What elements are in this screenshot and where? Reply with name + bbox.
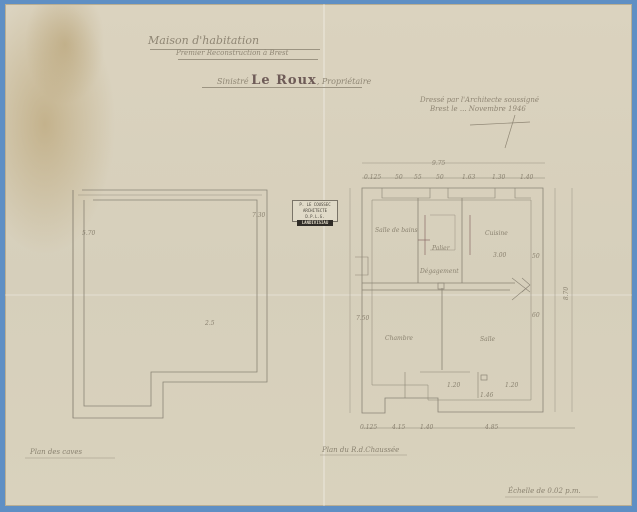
room-salle: Salle [480, 336, 495, 343]
top-dim-5: 1.30 [492, 174, 505, 181]
annotation-300: 3.00 [493, 252, 506, 259]
right-dim: 8.70 [563, 287, 570, 300]
annotation-50: 50 [532, 253, 540, 260]
top-dim-3: 50 [436, 174, 444, 181]
plan-drawings [0, 0, 637, 512]
room-cuisine: Cuisine [485, 230, 508, 237]
left-dim: 7.50 [356, 315, 369, 322]
bottom-dim-1: 4.15 [392, 424, 405, 431]
room-degagement: Dégagement [420, 268, 459, 275]
top-dim-2: 55 [414, 174, 422, 181]
room-palier: Palier [432, 245, 450, 252]
top-dim-1: 50 [395, 174, 403, 181]
bottom-dim-3: 4.85 [485, 424, 498, 431]
cellar-plan [73, 190, 267, 418]
annotation-146: 1.46 [480, 392, 493, 399]
cellar-dim-right: 7.30 [252, 212, 265, 219]
bottom-dim-0: 0.125 [360, 424, 377, 431]
cellar-dim-left: 5.70 [82, 230, 95, 237]
ground-floor-caption: Plan du R.d.Chaussée [322, 446, 399, 454]
overall-width-dim: 9.75 [432, 160, 445, 167]
annotation-120a: 1.20 [447, 382, 460, 389]
signature-flourish [470, 115, 530, 148]
cellar-plan-caption: Plan des caves [30, 448, 82, 456]
top-dim-4: 1.63 [462, 174, 475, 181]
scale-label: Échelle de 0.02 p.m. [508, 487, 581, 495]
room-chambre: Chambre [385, 335, 413, 342]
cellar-dim-center: 2.5 [205, 320, 215, 327]
annotation-120b: 1.20 [505, 382, 518, 389]
ground-floor-plan [350, 163, 575, 428]
bottom-dim-2: 1.40 [420, 424, 433, 431]
top-dim-6: 1.40 [520, 174, 533, 181]
top-dim-0: 0.125 [364, 174, 381, 181]
annotation-60: 60 [532, 312, 540, 319]
room-salle-de-bains: Salle de bains [375, 227, 418, 234]
